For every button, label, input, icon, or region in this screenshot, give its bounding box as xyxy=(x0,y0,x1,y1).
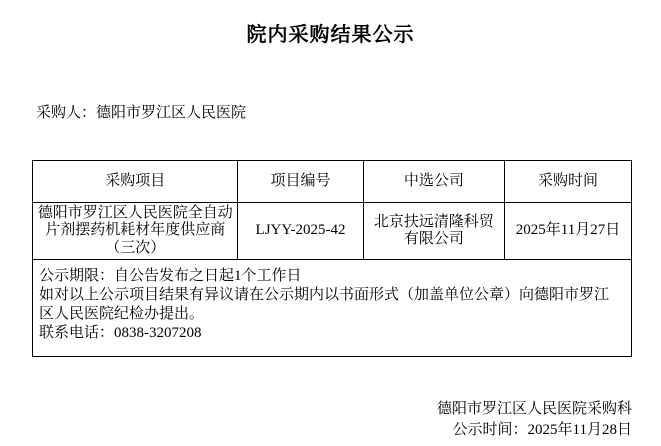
purchaser-line: 采购人：德阳市罗江区人民医院 xyxy=(36,101,661,122)
table-notes-row: 公示期限：自公告发布之日起1个工作日 如对以上公示项目结果有异议请在公示期内以书… xyxy=(33,259,632,356)
column-header-project-number: 项目编号 xyxy=(238,161,363,203)
cell-purchase-date: 2025年11月27日 xyxy=(505,203,632,260)
announcement-page: 院内采购结果公示 采购人：德阳市罗江区人民医院 采购项目 项目编号 中选公司 采… xyxy=(0,0,661,446)
table-row: 德阳市罗江区人民医院全自动片剂摆药机耗材年度供应商（三次） LJYY-2025-… xyxy=(33,203,632,260)
notes-cell: 公示期限：自公告发布之日起1个工作日 如对以上公示项目结果有异议请在公示期内以书… xyxy=(33,259,632,356)
table-header-row: 采购项目 项目编号 中选公司 采购时间 xyxy=(33,161,632,203)
cell-project-number: LJYY-2025-42 xyxy=(238,203,363,260)
column-header-selected-company: 中选公司 xyxy=(363,161,504,203)
cell-selected-company: 北京扶远清隆科贸有限公司 xyxy=(363,203,504,260)
footer: 德阳市罗江区人民医院采购科 公示时间：2025年11月28日 xyxy=(0,399,632,441)
note-contact-phone: 联系电话：0838-3207208 xyxy=(39,324,623,343)
cell-project-name: 德阳市罗江区人民医院全自动片剂摆药机耗材年度供应商（三次） xyxy=(33,203,238,260)
column-header-project: 采购项目 xyxy=(33,161,238,203)
column-header-purchase-date: 采购时间 xyxy=(505,161,632,203)
note-publicity-period: 公示期限：自公告发布之日起1个工作日 xyxy=(39,267,623,286)
procurement-results-table: 采购项目 项目编号 中选公司 采购时间 德阳市罗江区人民医院全自动片剂摆药机耗材… xyxy=(32,160,632,357)
page-title: 院内采购结果公示 xyxy=(0,18,661,47)
note-objection-instructions: 如对以上公示项目结果有异议请在公示期内以书面形式（加盖单位公章）向德阳市罗江区人… xyxy=(39,286,623,324)
footer-department: 德阳市罗江区人民医院采购科 xyxy=(0,399,632,420)
footer-publish-date: 公示时间：2025年11月28日 xyxy=(0,420,632,441)
